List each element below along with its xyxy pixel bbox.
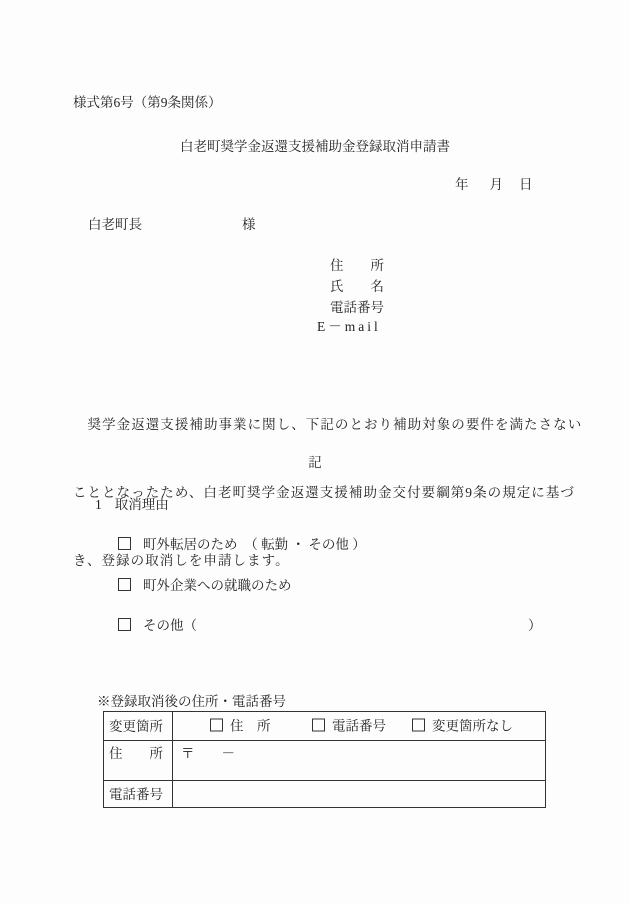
reason-label: その他（ bbox=[143, 618, 197, 633]
section1-heading: 1取消理由 bbox=[95, 497, 169, 512]
addressee-name: 白老町長 bbox=[88, 217, 142, 232]
applicant-email-label: E－mail bbox=[317, 319, 381, 334]
addressee-honorific: 様 bbox=[242, 217, 256, 232]
change-location-label: 変更箇所 bbox=[104, 712, 173, 741]
checkbox-icon bbox=[118, 578, 131, 591]
applicant-name-label: 氏 名 bbox=[330, 279, 384, 294]
checkbox-icon bbox=[118, 537, 131, 550]
table-row-address: 住 所 〒 － bbox=[104, 741, 546, 781]
table-row-change-location: 変更箇所 住 所 電話番号 変更箇所なし bbox=[104, 712, 546, 741]
phone-row-label: 電話番号 bbox=[104, 781, 173, 808]
option-label: 電話番号 bbox=[332, 719, 386, 734]
addressee-line: 白老町長様 bbox=[88, 217, 256, 232]
table-row-phone: 電話番号 bbox=[104, 781, 546, 808]
phone-row-value bbox=[173, 781, 546, 808]
reason-item-employment: 町外企業への就職のため bbox=[118, 578, 292, 593]
section1-title: 取消理由 bbox=[115, 497, 169, 512]
document-page: 様式第6号（第9条関係） 白老町奨学金返還支援補助金登録取消申請書 年月日 白老… bbox=[0, 0, 630, 903]
reason-item-relocation: 町外転居のため （ 転勤 ・ その他 ） bbox=[118, 537, 366, 552]
option-address: 住 所 bbox=[210, 719, 271, 734]
date-day-label: 日 bbox=[519, 177, 533, 192]
option-phone: 電話番号 bbox=[312, 719, 386, 734]
post-cancellation-table: 変更箇所 住 所 電話番号 変更箇所なし 住 所 〒 － 電話番号 bbox=[103, 711, 546, 808]
body-line-1: 奨学金返還支援補助事業に関し、下記のとおり補助対象の要件を満たさない bbox=[73, 414, 573, 437]
reason-item-other: その他（ bbox=[118, 618, 197, 633]
applicant-address-label: 住 所 bbox=[330, 258, 384, 273]
record-marker: 記 bbox=[0, 455, 630, 470]
change-location-options: 住 所 電話番号 変更箇所なし bbox=[173, 712, 546, 741]
checkbox-icon bbox=[312, 719, 325, 732]
checkbox-icon bbox=[210, 719, 223, 732]
document-title: 白老町奨学金返還支援補助金登録取消申請書 bbox=[0, 139, 630, 154]
option-no-change: 変更箇所なし bbox=[412, 719, 513, 734]
reason-other-close-paren: ） bbox=[528, 618, 542, 633]
address-row-label: 住 所 bbox=[104, 741, 173, 781]
date-line: 年月日 bbox=[455, 177, 533, 192]
date-month-label: 月 bbox=[490, 177, 504, 192]
applicant-phone-label: 電話番号 bbox=[330, 300, 384, 315]
reason-label: 町外企業への就職のため bbox=[143, 578, 292, 593]
checkbox-icon bbox=[412, 719, 425, 732]
reason-label: 町外転居のため （ 転勤 ・ その他 ） bbox=[143, 537, 366, 552]
checkbox-icon bbox=[118, 618, 131, 631]
address-row-value: 〒 － bbox=[173, 741, 546, 781]
body-line-3: き、登録の取消しを申請します。 bbox=[73, 550, 573, 573]
option-label: 変更箇所なし bbox=[432, 719, 513, 734]
note-table-caption: ※登録取消後の住所・電話番号 bbox=[97, 694, 286, 709]
form-number: 様式第6号（第9条関係） bbox=[73, 95, 222, 110]
section1-number: 1 bbox=[95, 497, 102, 512]
option-label: 住 所 bbox=[230, 719, 271, 734]
date-year-label: 年 bbox=[455, 177, 469, 192]
